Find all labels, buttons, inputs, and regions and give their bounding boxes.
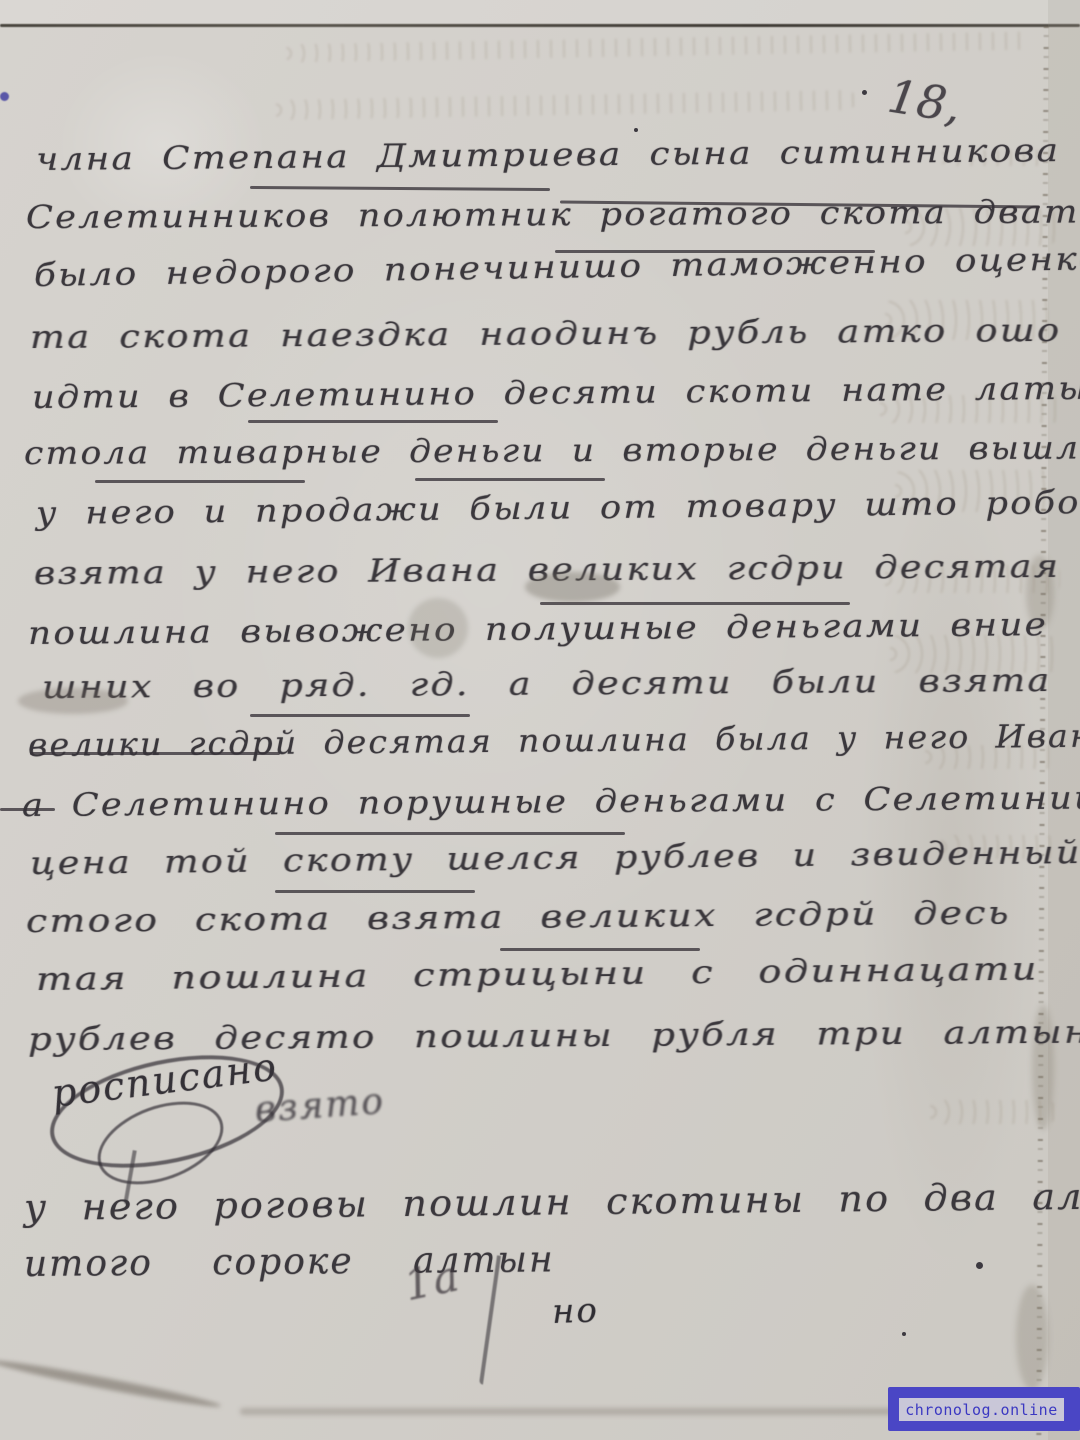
manuscript-line: тая пошлина стрицыни с одиннацати xyxy=(36,949,1039,997)
closing-word-right: взято xyxy=(254,1081,387,1131)
page-top-margin xyxy=(0,0,1080,24)
postscript-line: у него роговы пошлин скотины по два алты… xyxy=(24,1176,1080,1229)
watermark-panel: chronolog.online xyxy=(899,1398,1064,1421)
ink-smudge xyxy=(18,688,128,714)
ink-underline-stroke xyxy=(248,420,498,423)
bleed-through-ghost-line xyxy=(930,1100,1055,1124)
manuscript-line: рублев десято пошлины рубля три алтын xyxy=(28,1013,1080,1058)
ink-underline-stroke xyxy=(250,714,470,717)
bleed-through-ghost-line xyxy=(285,32,1030,63)
bleed-through-ghost-line xyxy=(275,90,855,120)
ink-speck xyxy=(902,1332,906,1336)
ink-underline-stroke xyxy=(415,478,605,481)
manuscript-line: цена той скоту шелся рублев и звиденный xyxy=(30,833,1080,882)
ink-speck xyxy=(634,128,638,132)
ink-underline-stroke xyxy=(30,752,280,755)
ink-underline-stroke xyxy=(250,186,550,191)
ink-underline-stroke xyxy=(0,808,55,811)
manuscript-line: велики гсдрй десятая пошлина была у него… xyxy=(28,717,1080,764)
ink-underline-stroke xyxy=(95,480,305,483)
watermark: chronolog.online xyxy=(888,1387,1080,1431)
bottom-mark-left: 1а xyxy=(400,1251,465,1311)
ink-speck xyxy=(0,92,9,101)
manuscript-line: Селетинников полютник рогатого скота два… xyxy=(26,192,1080,236)
manuscript-line: та скота наездка наодинъ рубль атко ошо xyxy=(30,311,1062,356)
manuscript-photo: 18, члна Степана Дмитриева сына ситинник… xyxy=(0,0,1080,1440)
ink-speck xyxy=(862,90,867,95)
watermark-text: chronolog.online xyxy=(905,1401,1058,1419)
manuscript-line: стола тиварные деньги и вторые деньги вы… xyxy=(24,428,1080,472)
manuscript-line: стого скота взята великих гсдрй десь xyxy=(26,893,1011,940)
manuscript-line: члна Степана Дмитриева сына ситинникова xyxy=(36,131,1060,178)
manuscript-line: шних во ряд. гд. а десяти были взята xyxy=(42,661,1052,706)
ink-underline-stroke xyxy=(500,948,700,951)
ink-smudge xyxy=(408,598,468,658)
ink-speck xyxy=(976,1262,983,1269)
ink-underline-stroke xyxy=(275,890,475,893)
paper-stain xyxy=(1016,1285,1048,1390)
page-number: 18, xyxy=(884,69,965,134)
bottom-mark-right: но xyxy=(551,1290,599,1332)
manuscript-line: а Селетинино порушные деньгами с Селетин… xyxy=(22,778,1080,824)
paper-smudge xyxy=(0,1356,222,1412)
manuscript-line: было недорого понечинишо таможенно оценк… xyxy=(34,239,1080,294)
ink-smudge xyxy=(525,572,620,602)
ink-underline-stroke xyxy=(540,602,850,605)
manuscript-line: у него и продажи были от товару што робо… xyxy=(36,482,1080,532)
ink-underline-stroke xyxy=(275,832,625,835)
page-top-edge xyxy=(0,24,1080,27)
postscript-line: итого сороке алтын xyxy=(24,1239,555,1285)
ink-underline-stroke xyxy=(555,250,875,253)
